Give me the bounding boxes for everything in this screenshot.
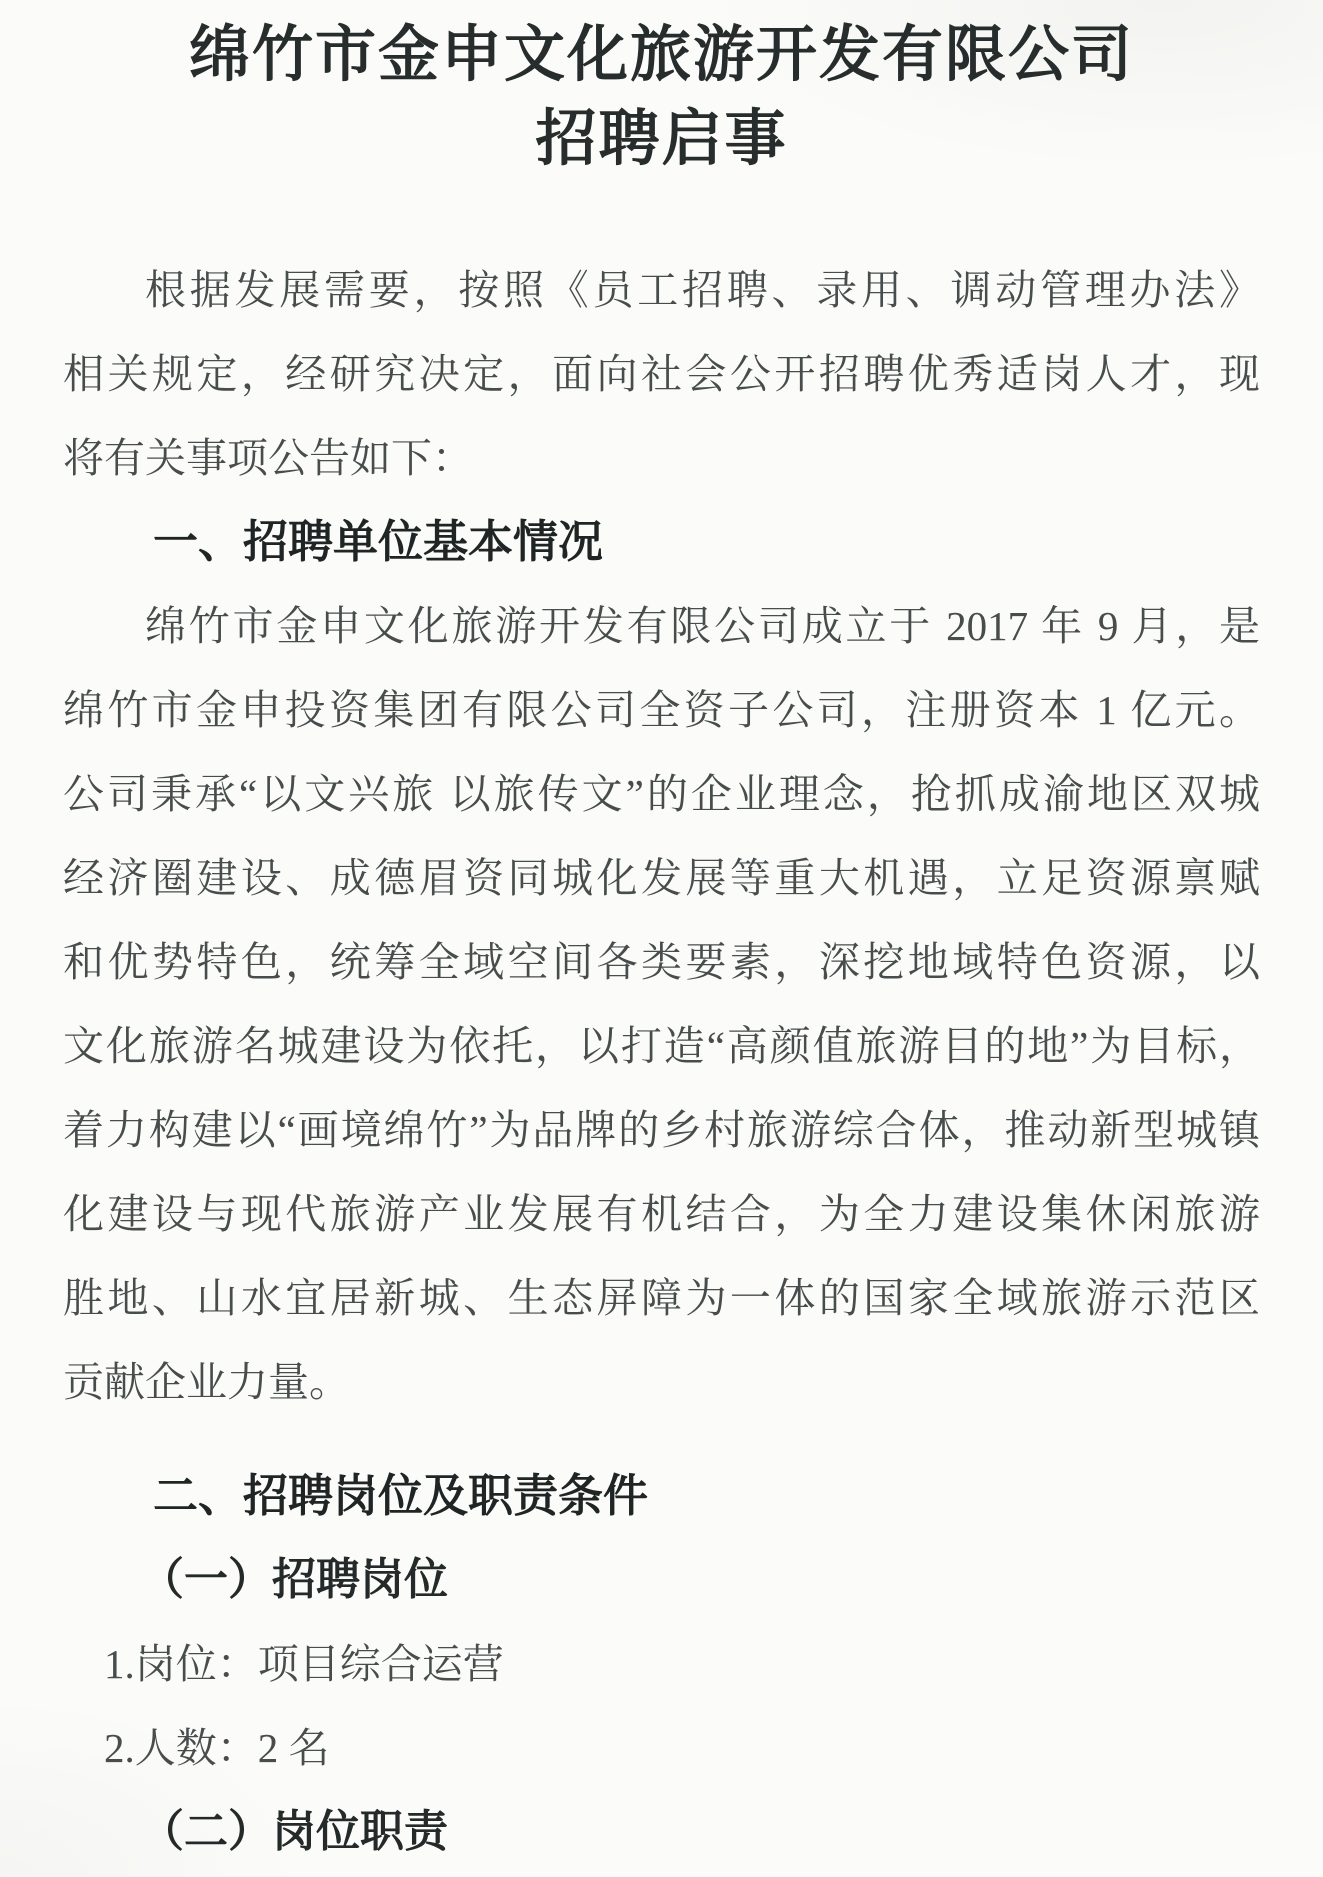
document-title: 绵竹市金申文化旅游开发有限公司 招聘启事 xyxy=(63,14,1260,182)
intro-paragraph: 根据发展需要，按照《员工招聘、录用、调动管理办法》 相关规定，经研究决定，面向社… xyxy=(63,248,1260,500)
text-line: 将有关事项公告如下： xyxy=(63,416,1260,500)
title-line-1: 绵竹市金申文化旅游开发有限公司 xyxy=(63,14,1260,98)
text-line: 文化旅游名城建设为依托，以打造“高颜值旅游目的地”为目标， xyxy=(63,1004,1260,1088)
section-2-heading: 二、招聘岗位及职责条件 xyxy=(63,1454,1260,1538)
text-line: 和优势特色，统筹全域空间各类要素，深挖地域特色资源，以 xyxy=(63,920,1260,1004)
text-line: 根据发展需要，按照《员工招聘、录用、调动管理办法》 xyxy=(63,248,1260,332)
text-line: 化建设与现代旅游产业发展有机结合，为全力建设集休闲旅游 xyxy=(63,1172,1260,1256)
title-line-2: 招聘启事 xyxy=(63,98,1260,182)
text-line: 相关规定，经研究决定，面向社会公开招聘优秀适岗人才，现 xyxy=(63,332,1260,416)
section-2-sub-1-heading: （一）招聘岗位 xyxy=(63,1538,1260,1622)
section-1-heading: 一、招聘单位基本情况 xyxy=(63,500,1260,584)
text-line: 绵竹市金申文化旅游开发有限公司成立于 2017 年 9 月，是 xyxy=(63,584,1260,668)
position-item: 1.岗位：项目综合运营 xyxy=(63,1622,1260,1706)
section-1-paragraph: 绵竹市金申文化旅游开发有限公司成立于 2017 年 9 月，是 绵竹市金申投资集… xyxy=(63,584,1260,1424)
text-line: 公司秉承“以文兴旅 以旅传文”的企业理念，抢抓成渝地区双城 xyxy=(63,752,1260,836)
document-page: 绵竹市金申文化旅游开发有限公司 招聘启事 根据发展需要，按照《员工招聘、录用、调… xyxy=(0,0,1323,1877)
text-line: 胜地、山水宜居新城、生态屏障为一体的国家全域旅游示范区 xyxy=(63,1256,1260,1340)
text-line: 贡献企业力量。 xyxy=(63,1340,1260,1424)
text-line: 着力构建以“画境绵竹”为品牌的乡村旅游综合体，推动新型城镇 xyxy=(63,1088,1260,1172)
text-line: 绵竹市金申投资集团有限公司全资子公司，注册资本 1 亿元。 xyxy=(63,668,1260,752)
section-2-sub-2-heading: （二）岗位职责 xyxy=(63,1790,1260,1874)
headcount-item: 2.人数：2 名 xyxy=(63,1706,1260,1790)
text-line: 经济圈建设、成德眉资同城化发展等重大机遇，立足资源禀赋 xyxy=(63,836,1260,920)
